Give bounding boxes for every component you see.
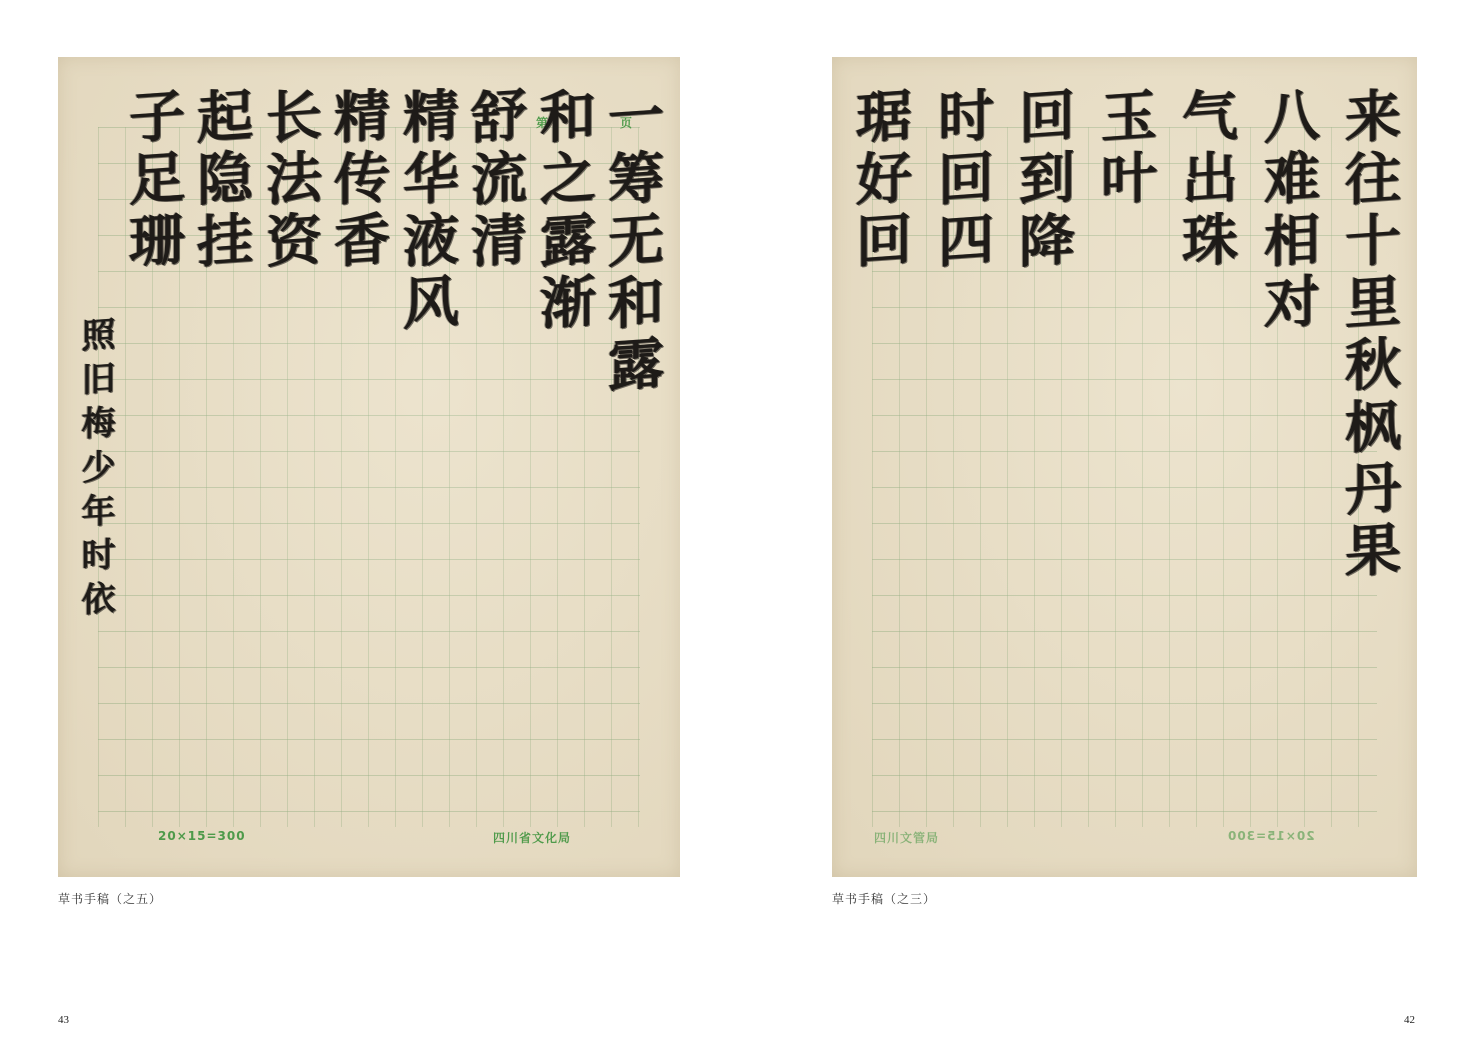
page-number-right: 42 xyxy=(1404,1014,1415,1026)
calligraphy-columns: 来往十里秋枫丹果 八难相对 气出珠 玉叶 回到降 时回四 琚好回 xyxy=(852,87,1397,867)
calligraphy-column: 来往十里秋枫丹果 xyxy=(1341,85,1397,869)
calligraphy-column: 气出珠 xyxy=(1178,85,1234,869)
calligraphy-column: 长法资 xyxy=(262,85,318,869)
calligraphy-column: 和之露渐 xyxy=(536,85,592,869)
calligraphy-column: 时回四 xyxy=(934,85,990,869)
calligraphy-column: 舒流清 xyxy=(467,85,523,869)
calligraphy-column: 一筹无和露 xyxy=(604,85,660,869)
figure-caption-right: 草书手稿（之三） xyxy=(832,890,936,907)
calligraphy-column: 玉叶 xyxy=(1097,85,1153,869)
page-number-left: 43 xyxy=(58,1014,69,1026)
calligraphy-column: 起隐挂 xyxy=(193,85,249,869)
calligraphy-column: 琚好回 xyxy=(852,85,908,869)
calligraphy-column: 子足珊 xyxy=(125,85,181,869)
calligraphy-signature: 照旧梅少年时依 xyxy=(78,316,112,868)
manuscript-scan-right: 四川文管局 20×15=300 来往十里秋枫丹果 八难相对 气出珠 玉叶 回到降… xyxy=(832,57,1417,877)
calligraphy-column: 八难相对 xyxy=(1260,85,1316,869)
manuscript-scan-left: 第 页 20×15=300 四川省文化局 一筹无和露 和之露渐 舒流清 精华液风… xyxy=(58,57,680,877)
calligraphy-columns: 一筹无和露 和之露渐 舒流清 精华液风 精传香 长法资 起隐挂 子足珊 照旧梅少… xyxy=(78,87,660,867)
figure-caption-left: 草书手稿（之五） xyxy=(58,890,162,907)
calligraphy-column: 精华液风 xyxy=(399,85,455,869)
calligraphy-column: 回到降 xyxy=(1015,85,1071,869)
calligraphy-column: 精传香 xyxy=(330,85,386,869)
